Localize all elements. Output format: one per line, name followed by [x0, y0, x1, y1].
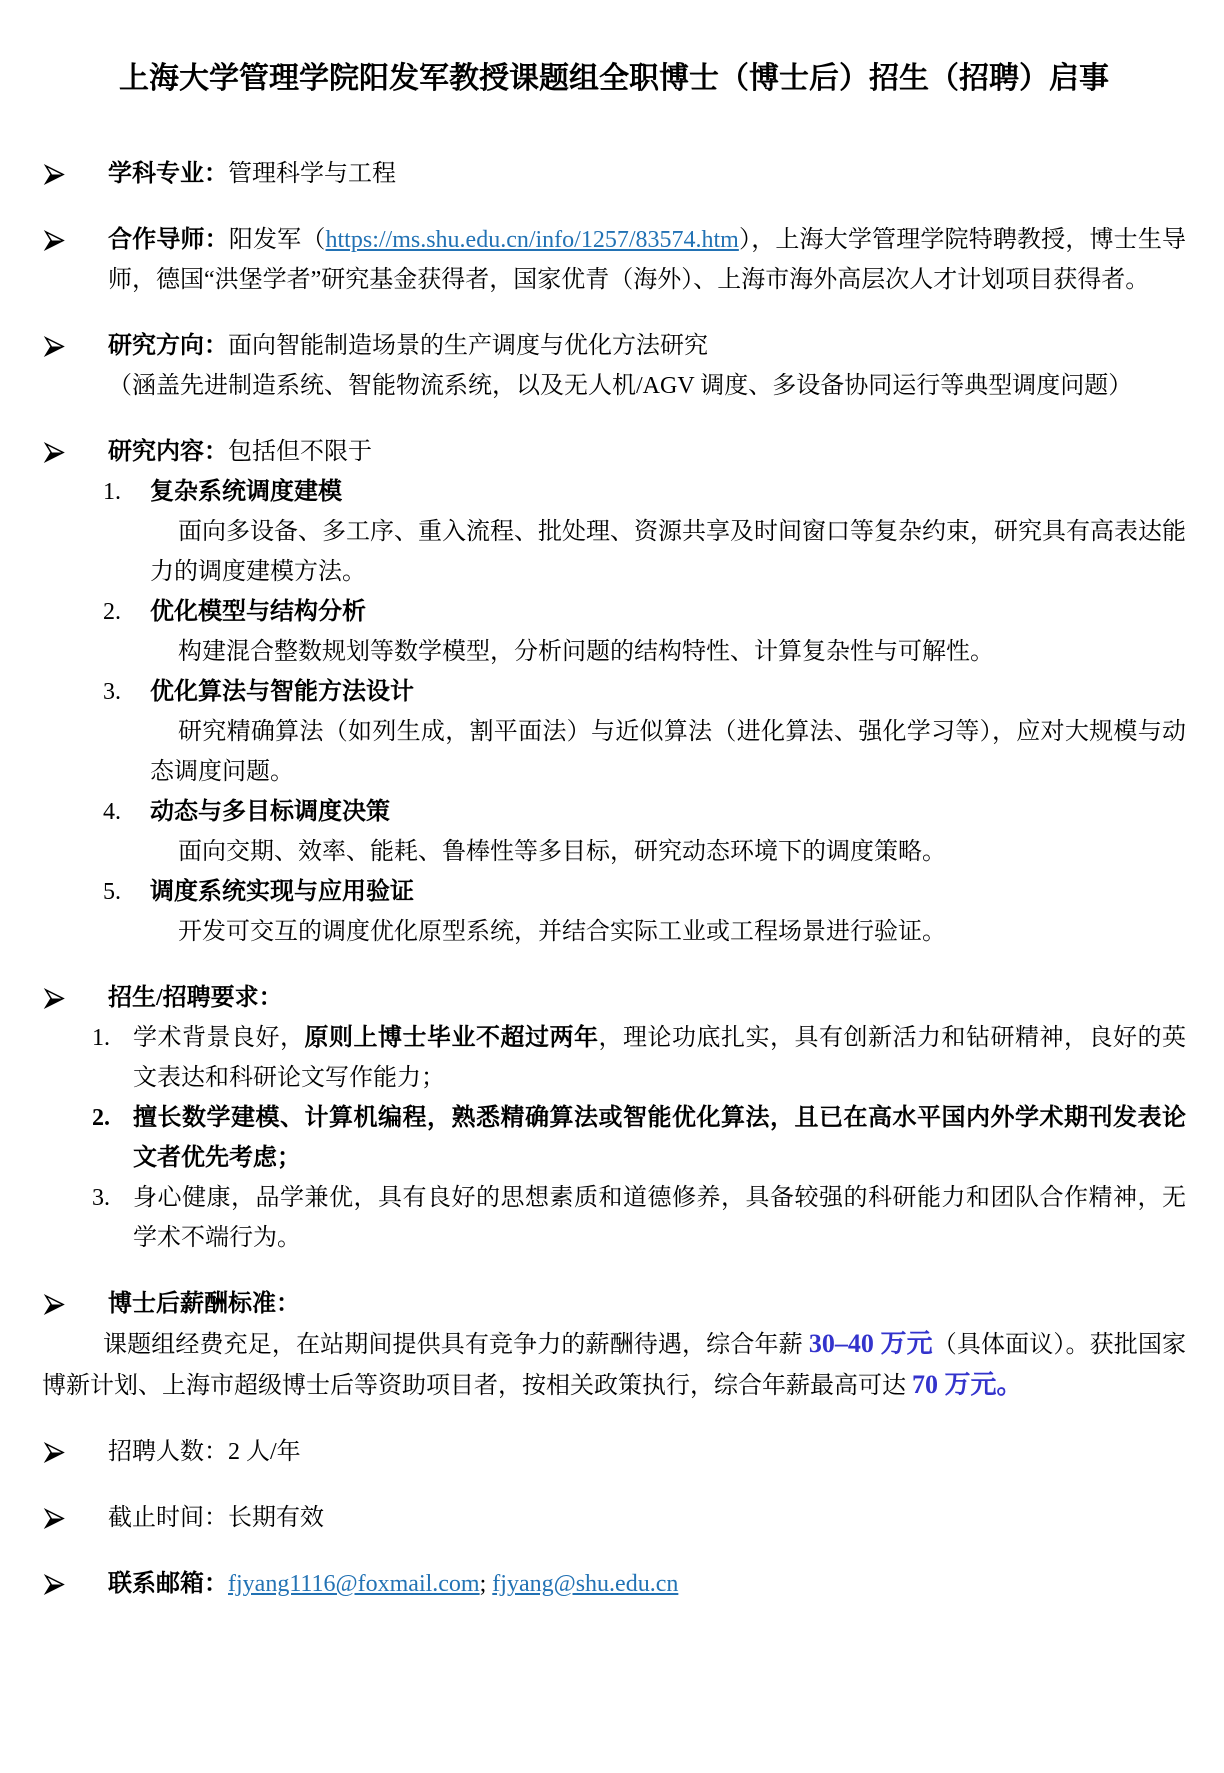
- supervisor-profile-link[interactable]: https://ms.shu.edu.cn/info/1257/83574.ht…: [326, 227, 739, 253]
- contact-separator: ;: [480, 1571, 493, 1597]
- requirement-1-part-1: 学术背景良好，: [133, 1025, 305, 1051]
- section-requirements: 招生/招聘要求： 1. 学术背景良好，原则上博士毕业不超过两年，理论功底扎实，具…: [42, 978, 1186, 1258]
- research-item-3: 3. 优化算法与智能方法设计 研究精确算法（如列生成，割平面法）与近似算法（进化…: [42, 672, 1186, 792]
- contact-label: 联系邮箱：: [108, 1571, 228, 1597]
- contact-email-2-link[interactable]: fjyang@shu.edu.cn: [492, 1571, 678, 1597]
- section-salary: 博士后薪酬标准： 课题组经费充足，在站期间提供具有竞争力的薪酬待遇，综合年薪 3…: [42, 1284, 1186, 1406]
- section-supervisor: 合作导师：阳发军（https://ms.shu.edu.cn/info/1257…: [42, 220, 1186, 300]
- research-item-4-title: 动态与多目标调度决策: [150, 792, 1186, 832]
- research-item-4-number: 4.: [103, 792, 150, 872]
- research-item-2: 2. 优化模型与结构分析 构建混合整数规划等数学模型，分析问题的结构特性、计算复…: [42, 592, 1186, 672]
- salary-header: 博士后薪酬标准：: [42, 1284, 1186, 1324]
- section-deadline: 截止时间：长期有效: [42, 1498, 1186, 1538]
- requirement-1-text: 学术背景良好，原则上博士毕业不超过两年，理论功底扎实，具有创新活力和钻研精神，良…: [133, 1018, 1186, 1098]
- major-value: 管理科学与工程: [228, 161, 396, 187]
- section-research-content: 研究内容：包括但不限于 1. 复杂系统调度建模 面向多设备、多工序、重入流程、批…: [42, 432, 1186, 952]
- research-item-3-title: 优化算法与智能方法设计: [150, 672, 1186, 712]
- requirement-2: 2. 擅长数学建模、计算机编程，熟悉精确算法或智能优化算法，且已在高水平国内外学…: [42, 1098, 1186, 1178]
- direction-label: 研究方向：: [108, 333, 228, 359]
- headcount-line: 招聘人数：2 人/年: [108, 1432, 1186, 1472]
- salary-paragraph: 课题组经费充足，在站期间提供具有竞争力的薪酬待遇，综合年薪 30–40 万元（具…: [42, 1324, 1186, 1406]
- bullet-arrow-icon: [42, 326, 108, 406]
- research-item-3-desc: 研究精确算法（如列生成，割平面法）与近似算法（进化算法、强化学习等），应对大规模…: [150, 712, 1186, 792]
- research-item-2-body: 优化模型与结构分析 构建混合整数规划等数学模型，分析问题的结构特性、计算复杂性与…: [150, 592, 1186, 672]
- salary-range-highlight: 30–40 万元: [809, 1329, 933, 1358]
- requirements-label-line: 招生/招聘要求：: [108, 978, 1186, 1018]
- contact-email-1-link[interactable]: fjyang1116@foxmail.com: [228, 1571, 480, 1597]
- salary-label: 博士后薪酬标准：: [108, 1291, 300, 1317]
- research-item-1-desc: 面向多设备、多工序、重入流程、批处理、资源共享及时间窗口等复杂约束，研究具有高表…: [150, 512, 1186, 592]
- section-headcount: 招聘人数：2 人/年: [42, 1432, 1186, 1472]
- research-item-5-desc: 开发可交互的调度优化原型系统，并结合实际工业或工程场景进行验证。: [150, 912, 1186, 952]
- research-item-4: 4. 动态与多目标调度决策 面向交期、效率、能耗、鲁棒性等多目标，研究动态环境下…: [42, 792, 1186, 872]
- headcount-value: 2 人/年: [228, 1439, 301, 1465]
- bullet-arrow-icon: [42, 154, 108, 194]
- contact-line: 联系邮箱：fjyang1116@foxmail.com; fjyang@shu.…: [108, 1564, 1186, 1604]
- research-content-value: 包括但不限于: [228, 439, 372, 465]
- requirement-2-text: 擅长数学建模、计算机编程，熟悉精确算法或智能优化算法，且已在高水平国内外学术期刊…: [133, 1098, 1186, 1178]
- research-content-line: 研究内容：包括但不限于: [108, 432, 1186, 472]
- bullet-arrow-icon: [42, 1432, 108, 1472]
- research-item-2-number: 2.: [103, 592, 150, 672]
- section-major: 学科专业：管理科学与工程: [42, 154, 1186, 194]
- research-item-3-body: 优化算法与智能方法设计 研究精确算法（如列生成，割平面法）与近似算法（进化算法、…: [150, 672, 1186, 792]
- major-line: 学科专业：管理科学与工程: [108, 154, 1186, 194]
- supervisor-name: 阳发军（: [229, 227, 326, 253]
- bullet-arrow-icon: [42, 978, 108, 1018]
- research-item-1-title: 复杂系统调度建模: [150, 472, 1186, 512]
- deadline-label: 截止时间：: [108, 1505, 228, 1531]
- research-content-label: 研究内容：: [108, 439, 228, 465]
- direction-value: 面向智能制造场景的生产调度与优化方法研究: [228, 333, 708, 359]
- research-item-3-number: 3.: [103, 672, 150, 792]
- research-item-1-body: 复杂系统调度建模 面向多设备、多工序、重入流程、批处理、资源共享及时间窗口等复杂…: [150, 472, 1186, 592]
- bullet-arrow-icon: [42, 432, 108, 472]
- research-item-1: 1. 复杂系统调度建模 面向多设备、多工序、重入流程、批处理、资源共享及时间窗口…: [42, 472, 1186, 592]
- requirement-1-number: 1.: [92, 1018, 133, 1098]
- direction-paragraph: 研究方向：面向智能制造场景的生产调度与优化方法研究 （涵盖先进制造系统、智能物流…: [108, 326, 1186, 406]
- deadline-value: 长期有效: [228, 1505, 324, 1531]
- salary-part-1: 课题组经费充足，在站期间提供具有竞争力的薪酬待遇，综合年薪: [103, 1332, 809, 1358]
- research-item-5-title: 调度系统实现与应用验证: [150, 872, 1186, 912]
- bullet-arrow-icon: [42, 1564, 108, 1604]
- research-item-4-desc: 面向交期、效率、能耗、鲁棒性等多目标，研究动态环境下的调度策略。: [150, 832, 1186, 872]
- bullet-arrow-icon: [42, 220, 108, 300]
- section-direction: 研究方向：面向智能制造场景的生产调度与优化方法研究 （涵盖先进制造系统、智能物流…: [42, 326, 1186, 406]
- page-title: 上海大学管理学院阳发军教授课题组全职博士（博士后）招生（招聘）启事: [42, 56, 1186, 102]
- research-item-5-number: 5.: [103, 872, 150, 952]
- research-item-5-body: 调度系统实现与应用验证 开发可交互的调度优化原型系统，并结合实际工业或工程场景进…: [150, 872, 1186, 952]
- salary-max-highlight: 70 万元。: [912, 1370, 1023, 1399]
- section-contact: 联系邮箱：fjyang1116@foxmail.com; fjyang@shu.…: [42, 1564, 1186, 1604]
- requirement-3-text: 身心健康，品学兼优，具有良好的思想素质和道德修养，具备较强的科研能力和团队合作精…: [133, 1178, 1186, 1258]
- research-item-2-title: 优化模型与结构分析: [150, 592, 1186, 632]
- document-page: 上海大学管理学院阳发军教授课题组全职博士（博士后）招生（招聘）启事 学科专业：管…: [0, 0, 1224, 1773]
- requirement-1-part-2-bold: 原则上博士毕业不超过两年: [305, 1025, 599, 1051]
- requirements-header: 招生/招聘要求：: [42, 978, 1186, 1018]
- research-content-header: 研究内容：包括但不限于: [42, 432, 1186, 472]
- requirement-3-number: 3.: [92, 1178, 133, 1258]
- direction-line: 研究方向：面向智能制造场景的生产调度与优化方法研究: [108, 326, 1186, 366]
- research-item-5: 5. 调度系统实现与应用验证 开发可交互的调度优化原型系统，并结合实际工业或工程…: [42, 872, 1186, 952]
- research-item-4-body: 动态与多目标调度决策 面向交期、效率、能耗、鲁棒性等多目标，研究动态环境下的调度…: [150, 792, 1186, 872]
- deadline-line: 截止时间：长期有效: [108, 1498, 1186, 1538]
- requirements-label: 招生/招聘要求：: [108, 985, 283, 1011]
- requirement-2-part-1-bold: 擅长数学建模、计算机编程，熟悉精确算法或智能优化算法，且已在高水平国内外学术期刊…: [133, 1105, 1186, 1171]
- headcount-label: 招聘人数：: [108, 1439, 228, 1465]
- requirement-3: 3. 身心健康，品学兼优，具有良好的思想素质和道德修养，具备较强的科研能力和团队…: [42, 1178, 1186, 1258]
- requirement-3-part-1: 身心健康，品学兼优，具有良好的思想素质和道德修养，具备较强的科研能力和团队合作精…: [133, 1185, 1186, 1251]
- major-label: 学科专业：: [108, 161, 228, 187]
- direction-note: （涵盖先进制造系统、智能物流系统，以及无人机/AGV 调度、多设备协同运行等典型…: [108, 366, 1186, 406]
- requirement-2-number: 2.: [92, 1098, 133, 1178]
- research-item-1-number: 1.: [103, 472, 150, 592]
- bullet-arrow-icon: [42, 1498, 108, 1538]
- research-item-2-desc: 构建混合整数规划等数学模型，分析问题的结构特性、计算复杂性与可解性。: [150, 632, 1186, 672]
- requirement-1: 1. 学术背景良好，原则上博士毕业不超过两年，理论功底扎实，具有创新活力和钻研精…: [42, 1018, 1186, 1098]
- bullet-arrow-icon: [42, 1284, 108, 1324]
- supervisor-paragraph: 合作导师：阳发军（https://ms.shu.edu.cn/info/1257…: [108, 220, 1186, 300]
- salary-label-line: 博士后薪酬标准：: [108, 1284, 1186, 1324]
- supervisor-label: 合作导师：: [108, 227, 229, 253]
